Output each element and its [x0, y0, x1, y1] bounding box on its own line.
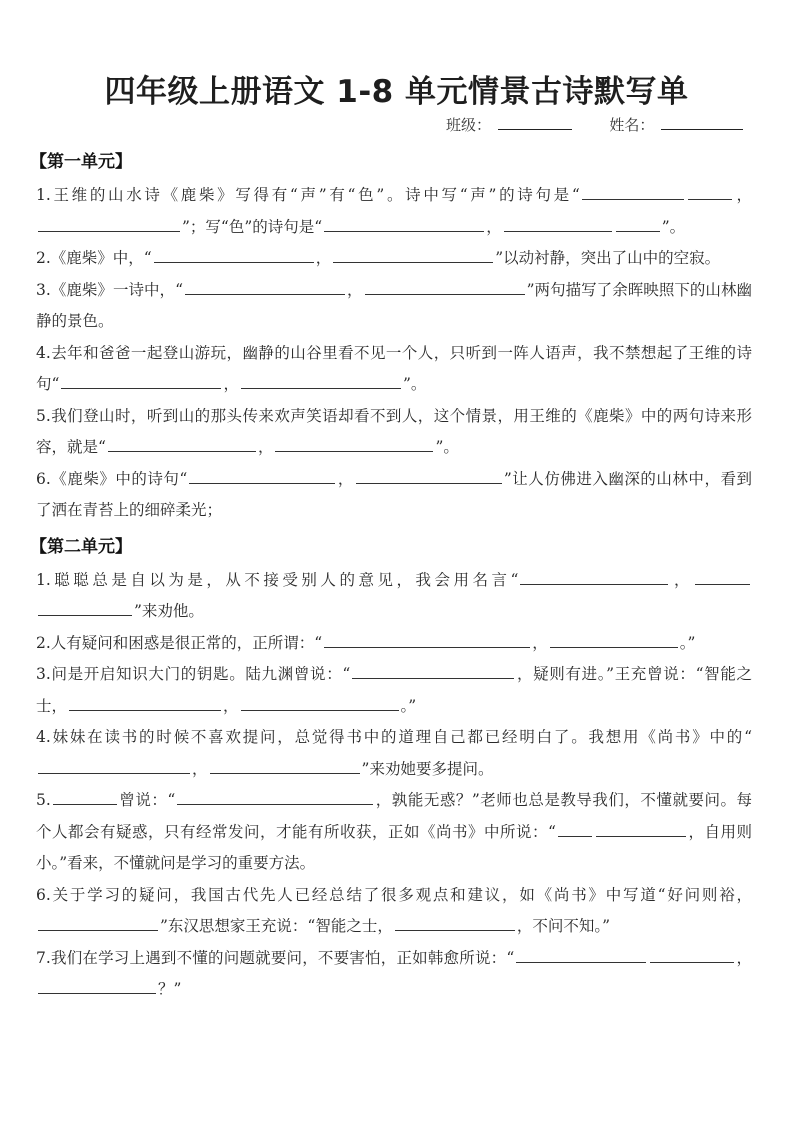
question: 3.《鹿柴》一诗中，“，”两句描写了余晖映照下的山林幽静的景色。 — [36, 275, 752, 338]
question: 2.《鹿柴》中，“，”以动衬静，突出了山中的空寂。 — [36, 243, 752, 275]
unit-heading: 【第二单元】 — [30, 533, 752, 561]
question-text: ， — [532, 634, 548, 652]
answer-blank[interactable] — [189, 467, 335, 484]
answer-blank[interactable] — [365, 278, 525, 295]
answer-blank[interactable] — [38, 215, 180, 232]
answer-blank[interactable] — [275, 435, 433, 452]
answer-blank[interactable] — [616, 215, 660, 232]
question-text: 4.妹妹在读书的时候不喜欢提问，总觉得书中的道理自己都已经明白了。我想用《尚书》… — [36, 728, 752, 746]
answer-blank[interactable] — [695, 568, 750, 585]
question-text: ， — [736, 949, 752, 967]
page-title: 四年级上册语文 1-8 单元情景古诗默写单 — [0, 66, 793, 111]
question-text: 。” — [680, 634, 696, 652]
answer-blank[interactable] — [504, 215, 612, 232]
answer-blank[interactable] — [395, 914, 515, 931]
question-text: ”。 — [435, 438, 458, 456]
question-text: ”以动衬静，突出了山中的空寂。 — [495, 249, 720, 267]
answer-blank[interactable] — [69, 694, 221, 711]
question-text: 7.我们在学习上遇到不懂的问题就要问，不要害怕，正如韩愈所说：“ — [36, 949, 514, 967]
question-text: ， — [486, 218, 502, 236]
worksheet-content: 【第一单元】1.王维的山水诗《鹿柴》写得有“声”有“色”。诗中写“声”的诗句是“… — [36, 142, 752, 1006]
question-text: ”来劝他。 — [134, 602, 204, 620]
answer-blank[interactable] — [177, 788, 373, 805]
question-text: ， — [734, 186, 752, 204]
question-text: ， — [316, 249, 332, 267]
question-text: ， — [670, 571, 693, 589]
answer-blank[interactable] — [688, 183, 732, 200]
question-text: 6.《鹿柴》中的诗句“ — [36, 470, 187, 488]
answer-blank[interactable] — [516, 946, 646, 963]
question: 1.王维的山水诗《鹿柴》写得有“声”有“色”。诗中写“声”的诗句是“，”；写“色… — [36, 180, 752, 243]
answer-blank[interactable] — [185, 278, 345, 295]
question-text: ”东汉思想家王充说：“智能之士， — [160, 917, 393, 935]
answer-blank[interactable] — [356, 467, 502, 484]
question-text: 6.关于学习的疑问，我国古代先人已经总结了很多观点和建议，如《尚书》中写道“好问… — [36, 886, 752, 904]
question: 6.关于学习的疑问，我国古代先人已经总结了很多观点和建议，如《尚书》中写道“好问… — [36, 880, 752, 943]
answer-blank[interactable] — [241, 372, 401, 389]
answer-blank[interactable] — [558, 820, 592, 837]
question: 4.妹妹在读书的时候不喜欢提问，总觉得书中的道理自己都已经明白了。我想用《尚书》… — [36, 722, 752, 785]
question-text: 3.问是开启知识大门的钥匙。陆九渊曾说：“ — [36, 665, 350, 683]
question-text: ”。 — [662, 218, 685, 236]
question-text: ， — [223, 697, 239, 715]
question-text: ， — [192, 760, 208, 778]
unit-heading: 【第一单元】 — [30, 148, 752, 176]
question: 6.《鹿柴》中的诗句“，”让人仿佛进入幽深的山林中，看到了洒在青苔上的细碎柔光； — [36, 464, 752, 527]
question-text: 1.聪聪总是自以为是，从不接受别人的意见，我会用名言“ — [36, 571, 518, 589]
answer-blank[interactable] — [324, 631, 530, 648]
answer-blank[interactable] — [210, 757, 360, 774]
answer-blank[interactable] — [38, 977, 156, 994]
class-label: 班级： — [446, 116, 491, 134]
question-text: ”。 — [403, 375, 426, 393]
question-text: 曾说：“ — [119, 791, 175, 809]
question-text: ，不问不知。” — [517, 917, 610, 935]
name-field[interactable] — [661, 115, 743, 130]
answer-blank[interactable] — [333, 246, 493, 263]
question: 1.聪聪总是自以为是，从不接受别人的意见，我会用名言“，”来劝他。 — [36, 565, 752, 628]
question-text: ”；写“色”的诗句是“ — [182, 218, 322, 236]
question-text: ， — [347, 281, 363, 299]
question: 4.去年和爸爸一起登山游玩，幽静的山谷里看不见一个人，只听到一阵人语声，我不禁想… — [36, 338, 752, 401]
answer-blank[interactable] — [324, 215, 484, 232]
student-info: 班级： 姓名： — [446, 114, 745, 135]
answer-blank[interactable] — [108, 435, 256, 452]
question: 2.人有疑问和困惑是很正常的，正所谓：“，。” — [36, 628, 752, 660]
question-text: 。” — [401, 697, 417, 715]
answer-blank[interactable] — [154, 246, 314, 263]
answer-blank[interactable] — [53, 788, 117, 805]
question-text: ？” — [158, 980, 181, 998]
question: 3.问是开启知识大门的钥匙。陆九渊曾说：“，疑则有进。”王充曾说：“智能之士，，… — [36, 659, 752, 722]
answer-blank[interactable] — [38, 599, 132, 616]
question-text: 2.《鹿柴》中，“ — [36, 249, 152, 267]
question: 7.我们在学习上遇到不懂的问题就要问，不要害怕，正如韩愈所说：“，？” — [36, 943, 752, 1006]
question: 5.曾说：“，孰能无惑？”老师也总是教导我们，不懂就要问。每个人都会有疑惑，只有… — [36, 785, 752, 880]
answer-blank[interactable] — [582, 183, 684, 200]
question-text: ， — [258, 438, 274, 456]
question-text: 5. — [36, 791, 51, 809]
question: 5.我们登山时，听到山的那头传来欢声笑语却看不到人，这个情景，用王维的《鹿柴》中… — [36, 401, 752, 464]
question-text: ， — [223, 375, 239, 393]
answer-blank[interactable] — [650, 946, 734, 963]
answer-blank[interactable] — [38, 914, 158, 931]
answer-blank[interactable] — [61, 372, 221, 389]
question-text: ”来劝她要多提问。 — [362, 760, 494, 778]
question-text: 1.王维的山水诗《鹿柴》写得有“声”有“色”。诗中写“声”的诗句是“ — [36, 186, 580, 204]
question-text: 3.《鹿柴》一诗中，“ — [36, 281, 183, 299]
answer-blank[interactable] — [38, 757, 190, 774]
answer-blank[interactable] — [352, 662, 514, 679]
name-label: 姓名： — [609, 116, 654, 134]
question-text: ， — [337, 470, 354, 488]
answer-blank[interactable] — [596, 820, 686, 837]
answer-blank[interactable] — [520, 568, 668, 585]
class-field[interactable] — [498, 115, 572, 130]
answer-blank[interactable] — [550, 631, 678, 648]
question-text: 2.人有疑问和困惑是很正常的，正所谓：“ — [36, 634, 322, 652]
answer-blank[interactable] — [241, 694, 399, 711]
